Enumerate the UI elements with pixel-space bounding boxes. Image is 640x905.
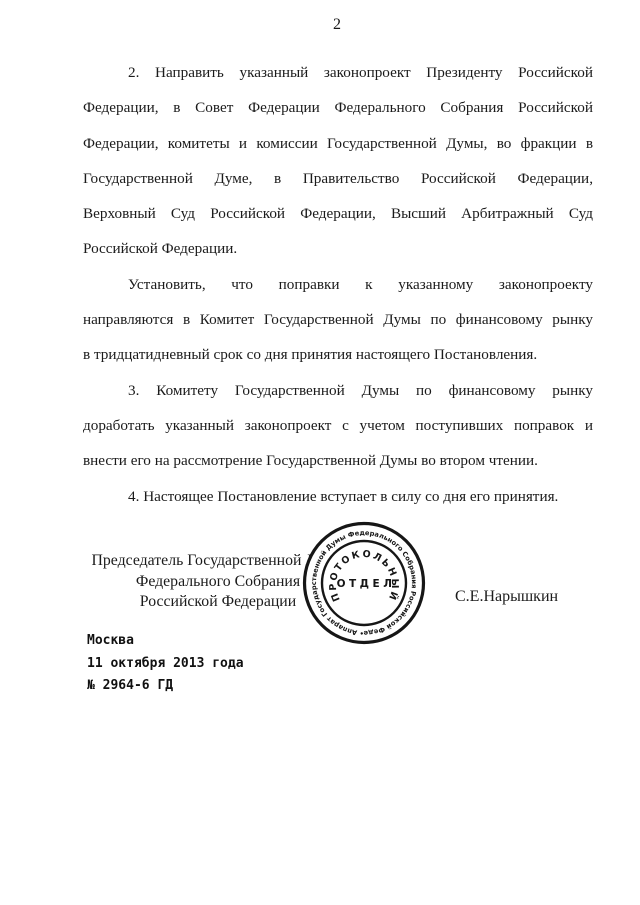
body-line: 4. Настоящее Постановление вступает в си…: [83, 479, 593, 514]
signatory-name: С.Е.Нарышкин: [455, 588, 558, 606]
page-number: 2: [297, 16, 377, 34]
protocol-department-stamp-icon: • Аппарат Государственной Думы Федеральн…: [300, 519, 428, 647]
body-line: Российской Федерации.: [83, 231, 593, 266]
body-line: Государственной Думе, в Правительство Ро…: [83, 161, 593, 196]
body-line: Верховный Суд Российской Федерации, Высш…: [83, 196, 593, 231]
body-line: внести его на рассмотрение Государственн…: [83, 443, 593, 478]
document-page: 2 2. Направить указанный законопроект Пр…: [0, 0, 640, 905]
resolution-body: 2. Направить указанный законопроект През…: [83, 55, 593, 514]
issue-date: 11 октября 2013 года: [87, 653, 244, 676]
issue-city: Москва: [87, 630, 244, 653]
body-line: 2. Направить указанный законопроект През…: [83, 55, 593, 90]
body-line: Установить, что поправки к указанному за…: [83, 267, 593, 302]
issue-details-block: Москва 11 октября 2013 года № 2964-6 ГД: [87, 630, 244, 698]
body-line: в тридцатидневный срок со дня принятия н…: [83, 337, 593, 372]
stamp-center-text: ОТДЕЛ: [337, 578, 396, 590]
body-line: Федерации, в Совет Федерации Федеральног…: [83, 90, 593, 125]
body-line: направляются в Комитет Государственной Д…: [83, 302, 593, 337]
issue-number: № 2964-6 ГД: [87, 675, 244, 698]
body-line: 3. Комитету Государственной Думы по фина…: [83, 373, 593, 408]
body-line: Федерации, комитеты и комиссии Государст…: [83, 126, 593, 161]
body-line: доработать указанный законопроект с учет…: [83, 408, 593, 443]
